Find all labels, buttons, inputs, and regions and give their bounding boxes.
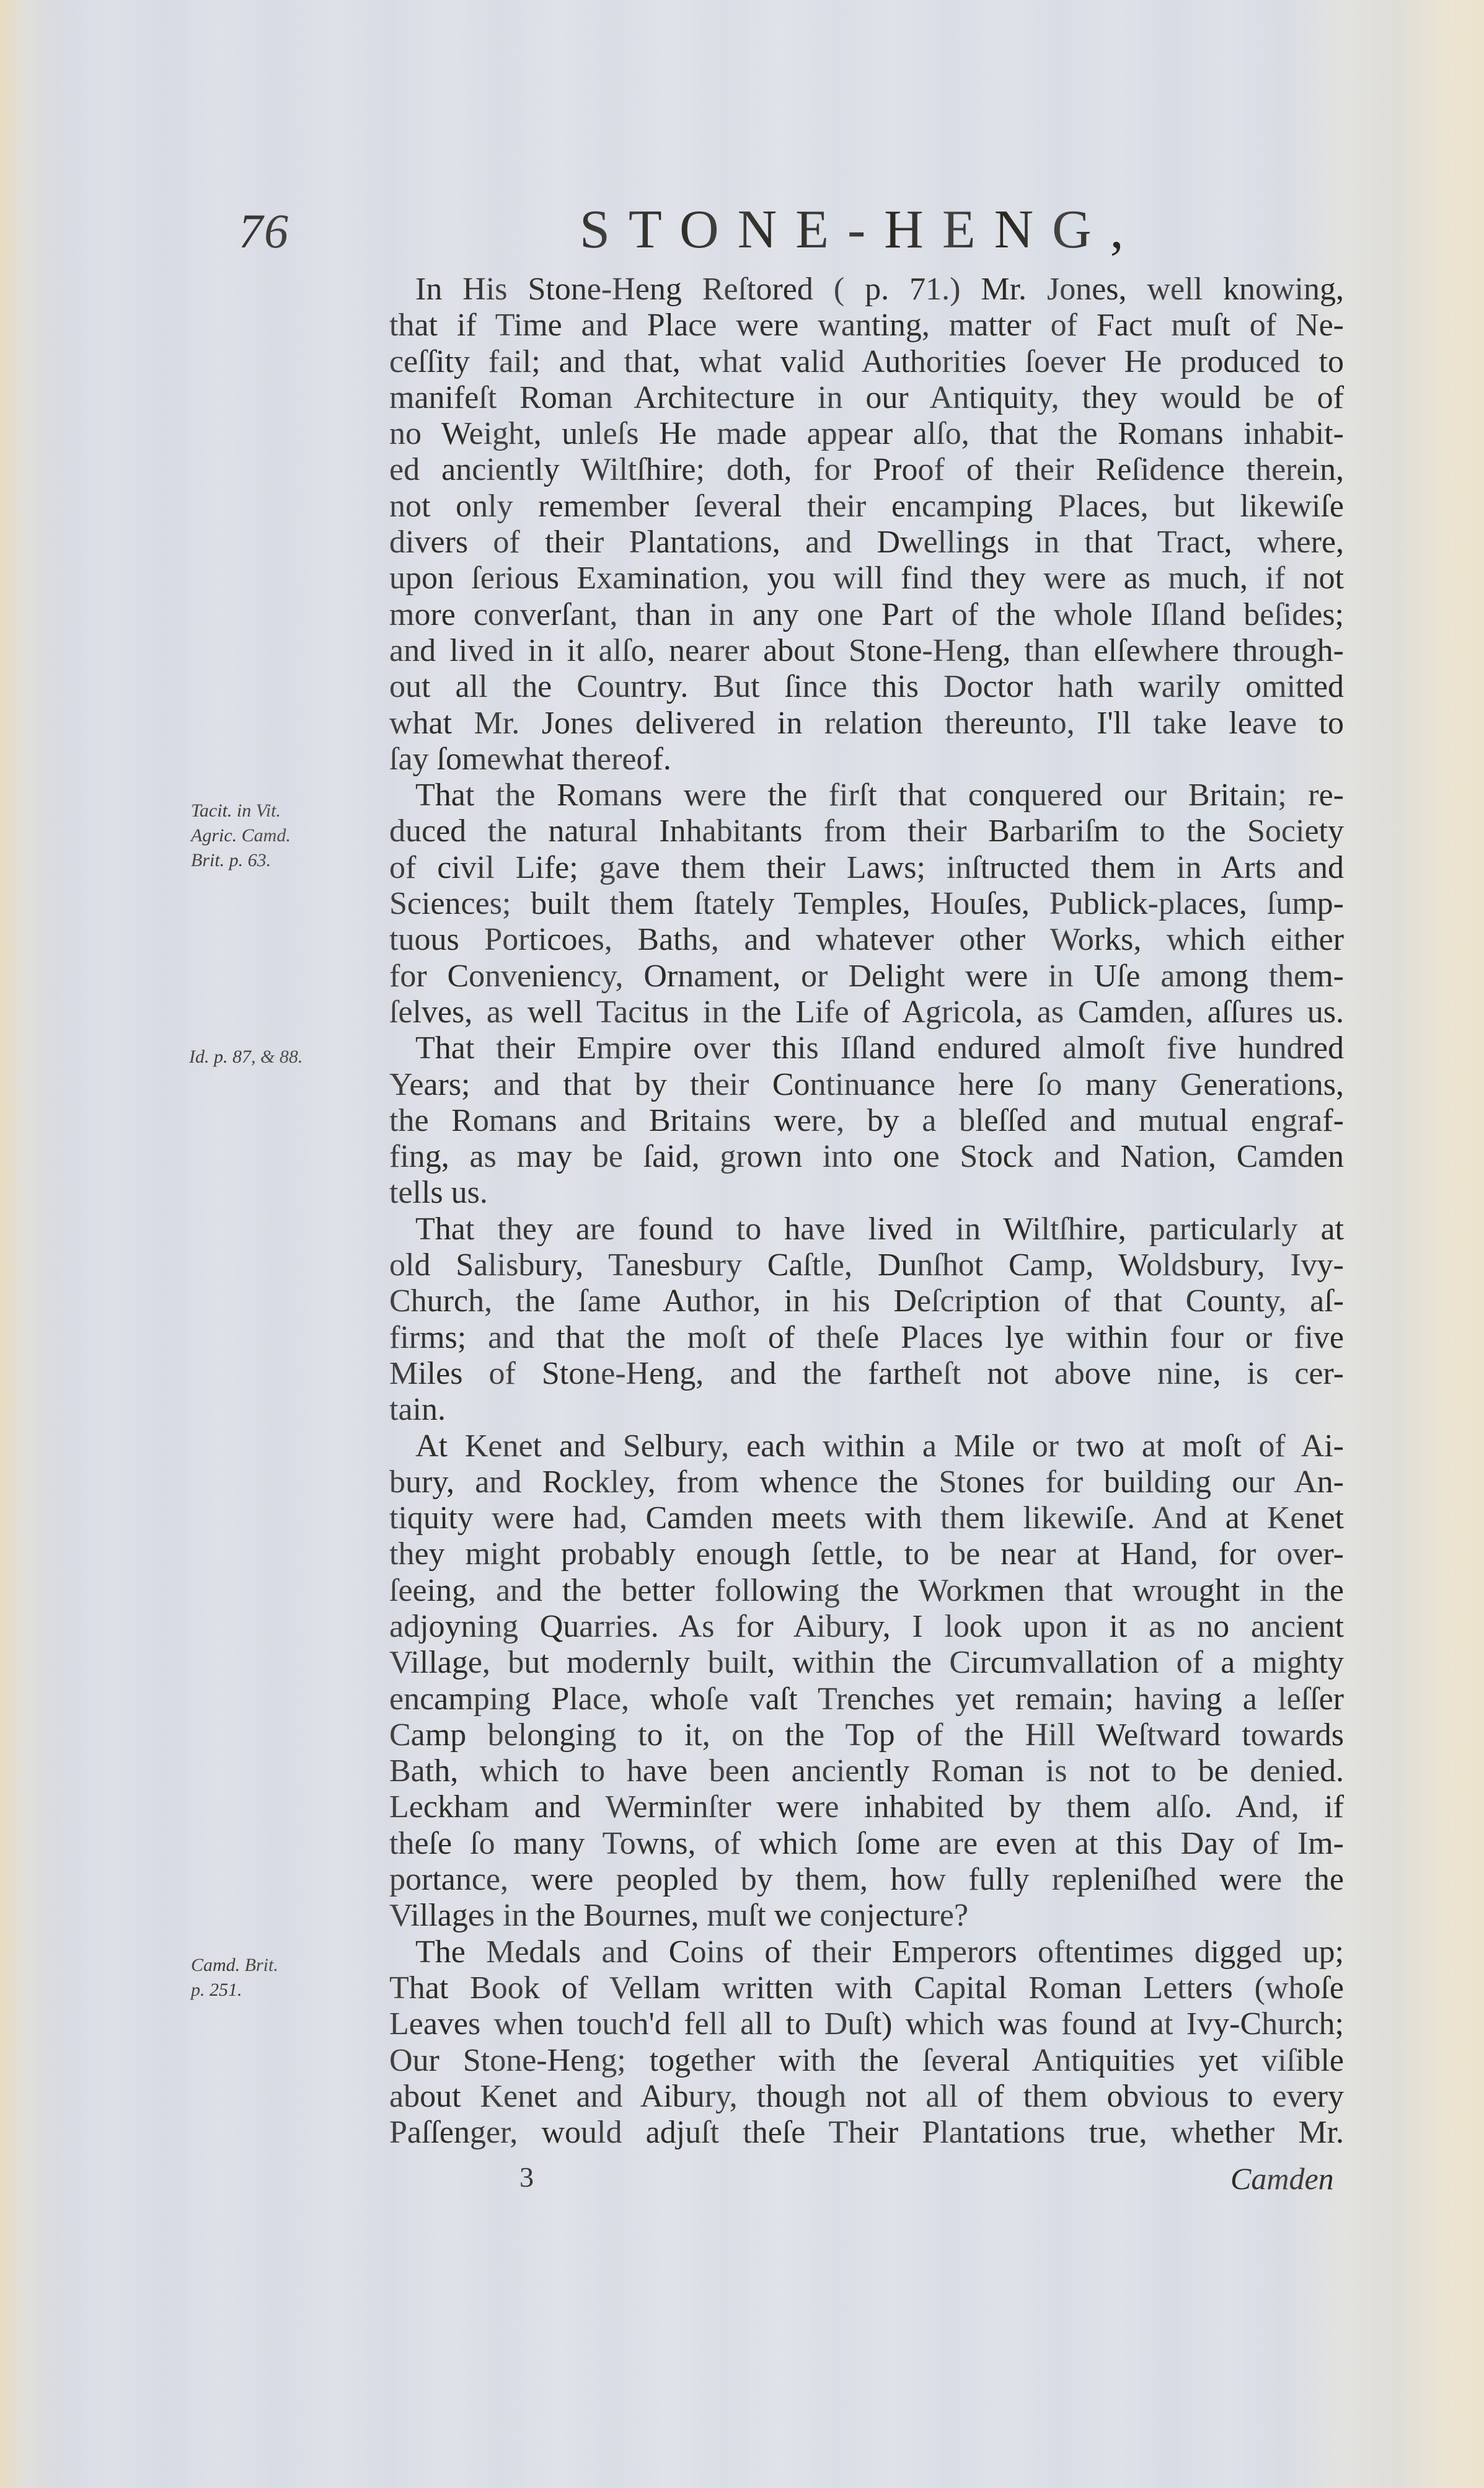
- text-line: That the Romans were the firſt that conq…: [389, 777, 1344, 813]
- text-line: That Book of Vellam written with Capital…: [389, 1970, 1344, 2006]
- text-line: Village, but modernly built, within the …: [389, 1645, 1344, 1681]
- text-line: the Romans and Britains were, by a bleſſ…: [389, 1103, 1344, 1139]
- text-line: tain.: [389, 1392, 1344, 1428]
- margin-note-line: Agric. Camd.: [191, 823, 333, 848]
- text-line: That they are found to have lived in Wil…: [389, 1211, 1344, 1247]
- text-line: what Mr. Jones delivered in relation the…: [389, 706, 1344, 742]
- text-line: ſelves, as well Tacitus in the Life of A…: [389, 994, 1344, 1030]
- text-line: adjoyning Quarries. As for Aibury, I loo…: [389, 1609, 1344, 1645]
- text-line: Leaves when touch'd fell all to Duſt) wh…: [389, 2006, 1344, 2042]
- text-line: upon ſerious Examination, you will find …: [389, 560, 1344, 596]
- text-line: no Weight, unleſs He made appear alſo, t…: [389, 416, 1344, 452]
- page-number: 76: [239, 203, 289, 259]
- margin-note-line: Camd. Brit.: [191, 1953, 333, 1978]
- text-line: not only remember ſeveral their encampin…: [389, 489, 1344, 525]
- text-line: ceſſity fail; and that, what valid Autho…: [389, 344, 1344, 380]
- text-line: Leckham and Werminſter were inhabited by…: [389, 1789, 1344, 1825]
- text-line: The Medals and Coins of their Emperors o…: [389, 1934, 1344, 1970]
- text-line: old Salisbury, Tanesbury Caſtle, Dunſhot…: [389, 1247, 1344, 1283]
- margin-note-id: Id. p. 87, & 88.: [189, 1045, 350, 1069]
- signature-mark: 3: [519, 2161, 534, 2194]
- text-line: Sciences; built them ſtately Temples, Ho…: [389, 886, 1344, 922]
- text-line: Our Stone-Heng; together with the ſevera…: [389, 2043, 1344, 2079]
- text-line: about Kenet and Aibury, though not all o…: [389, 2079, 1344, 2115]
- text-line: Church, the ſame Author, in his Deſcript…: [389, 1283, 1344, 1319]
- text-line: firms; and that the moſt of theſe Places…: [389, 1320, 1344, 1356]
- catchword: Camden: [1230, 2161, 1334, 2197]
- text-line: fing, as may be ſaid, grown into one Sto…: [389, 1139, 1344, 1175]
- text-line: bury, and Rockley, from whence the Stone…: [389, 1464, 1344, 1500]
- text-line: In His Stone-Heng Reſtored ( p. 71.) Mr.…: [389, 272, 1344, 308]
- text-line: At Kenet and Selbury, each within a Mile…: [389, 1428, 1344, 1464]
- text-line: that if Time and Place were wanting, mat…: [389, 308, 1344, 343]
- body-text: In His Stone-Heng Reſtored ( p. 71.) Mr.…: [389, 272, 1344, 2151]
- text-line: divers of their Plantations, and Dwellin…: [389, 525, 1344, 560]
- text-line: portance, were peopled by them, how full…: [389, 1862, 1344, 1898]
- text-line: Paſſenger, would adjuſt theſe Their Plan…: [389, 2115, 1344, 2151]
- text-line: theſe ſo many Towns, of which ſome are e…: [389, 1826, 1344, 1862]
- text-line: ſay ſomewhat thereof.: [389, 742, 1344, 777]
- text-line: Bath, which to have been anciently Roman…: [389, 1753, 1344, 1789]
- text-line: for Conveniency, Ornament, or Delight we…: [389, 958, 1344, 994]
- page-footer: 3 Camden: [0, 2161, 1484, 2198]
- text-line: duced the natural Inhabitants from their…: [389, 813, 1344, 849]
- text-line: out all the Country. But ſince this Doct…: [389, 669, 1344, 705]
- text-line: That their Empire over this Iſland endur…: [389, 1030, 1344, 1066]
- margin-note-line: p. 251.: [191, 1978, 333, 2003]
- text-line: tiquity were had, Camden meets with them…: [389, 1500, 1344, 1536]
- margin-note-line: Tacit. in Vit.: [191, 799, 333, 823]
- text-line: tuous Porticoes, Baths, and whatever oth…: [389, 922, 1344, 958]
- margin-note-tacitus: Tacit. in Vit. Agric. Camd. Brit. p. 63.: [191, 799, 333, 873]
- margin-note-camden: Camd. Brit. p. 251.: [191, 1953, 333, 2003]
- text-line: Years; and that by their Continuance her…: [389, 1067, 1344, 1103]
- text-line: Camp belonging to it, on the Top of the …: [389, 1717, 1344, 1753]
- book-page: 76 STONE-HENG, Tacit. in Vit. Agric. Cam…: [0, 0, 1484, 2488]
- text-line: encamping Place, whoſe vaſt Trenches yet…: [389, 1681, 1344, 1717]
- running-head: 76 STONE-HENG,: [0, 198, 1484, 267]
- text-line: tells us.: [389, 1175, 1344, 1211]
- text-line: Miles of Stone-Heng, and the fartheſt no…: [389, 1356, 1344, 1392]
- text-line: they might probably enough ſettle, to be…: [389, 1536, 1344, 1572]
- text-line: ſeeing, and the better following the Wor…: [389, 1573, 1344, 1609]
- text-line: manifeſt Roman Architecture in our Antiq…: [389, 380, 1344, 416]
- margin-note-line: Id. p. 87, & 88.: [189, 1045, 350, 1069]
- margin-note-line: Brit. p. 63.: [191, 848, 333, 873]
- text-line: Villages in the Bournes, muſt we conject…: [389, 1898, 1344, 1934]
- page-title: STONE-HENG,: [580, 198, 1142, 261]
- text-line: and lived in it alſo, nearer about Stone…: [389, 633, 1344, 669]
- text-line: of civil Life; gave them their Laws; inſ…: [389, 850, 1344, 886]
- text-line: ed anciently Wiltſhire; doth, for Proof …: [389, 452, 1344, 488]
- text-line: more converſant, than in any one Part of…: [389, 597, 1344, 633]
